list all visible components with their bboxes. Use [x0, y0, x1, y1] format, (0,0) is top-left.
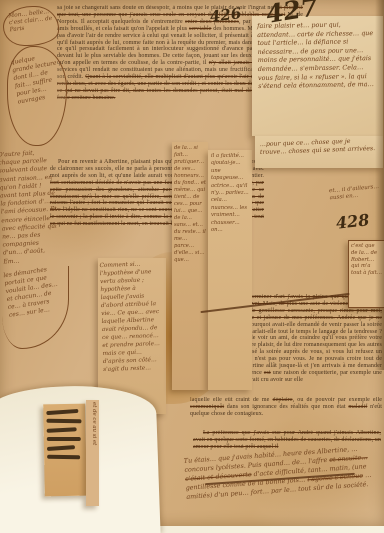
scribble-stroke [47, 437, 81, 441]
paste-top-right-2: …pour que ce… chose que je trouve… chose… [255, 136, 383, 168]
narrow-strip-right-text: il a facilité… ajoutai-je… une tapageuse… [208, 150, 252, 388]
printed-paragraph-4: laquelle elle eût craint de me déplaire,… [190, 397, 382, 429]
text-segment: , ou de pouvoir par exemple elle [293, 397, 382, 403]
bottom-revision-block: Tu étais… que j'avais habité… heure des … [184, 443, 384, 533]
bottom-left-fragment [43, 404, 87, 497]
scribble-stroke [46, 408, 78, 414]
scribble-stroke [47, 445, 75, 450]
paste-top-right: faire plaisir et… pour qui, attendant… c… [252, 16, 383, 136]
margin-balloon-top: Mon… belle… c'est clair… de Paris [3, 6, 59, 46]
struck-text-segment: déplaire [272, 397, 292, 403]
folio-number-428: 428 [335, 212, 370, 231]
bottom-left-strip: et de ce au si et [86, 400, 99, 506]
balloon-top-note: Mon… belle… c'est clair… de Paris [3, 4, 60, 38]
scribble-stroke [46, 418, 81, 422]
text-segment: laquelle elle eût craint de me [190, 397, 272, 403]
scribble-stroke [47, 427, 77, 432]
struck-text-segment: est [264, 370, 271, 376]
struck-text-segment: maladif [348, 404, 367, 410]
left-demarches-text: les démarches portait ce que voulait la…… [0, 262, 71, 323]
page-edge-shadow [375, 0, 384, 370]
narrow-strip-left: de la… si fait… pratiquer… de ses… honne… [172, 142, 208, 390]
narrow-strip-right: il a facilité… ajoutai-je… une tapageuse… [208, 150, 252, 390]
scribble-stroke [47, 454, 80, 458]
struck-text-segment: serviable [189, 26, 212, 32]
paste-top-right-text: faire plaisir et… pour qui, attendant… c… [251, 15, 384, 137]
text-segment: dans son ignorance des réalités que mon … [224, 404, 348, 410]
paste-top-right-2-text: …pour que ce… chose que je trouve… chose… [254, 134, 383, 170]
struck-text-segment: communiquât [190, 404, 224, 410]
manuscript-page: sa joie se changerait sans doute en dése… [0, 0, 384, 533]
text-segment: sa joie se changerait sans doute en dése… [57, 5, 275, 11]
folio-number-426: 426 [209, 6, 242, 25]
balloon-main-note: quelque grande lecture dont il… de fait…… [3, 42, 71, 115]
narrow-strip-left-text: de la… si fait… pratiquer… de ses… honne… [172, 142, 208, 388]
